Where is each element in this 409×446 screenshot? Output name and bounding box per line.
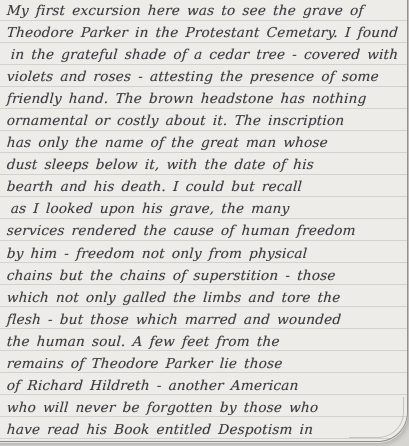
manuscript-viewport: My first excursion here was to see the g… [0, 0, 409, 446]
manuscript-line: as I looked upon his grave, the many [6, 198, 395, 220]
manuscript-line: have read his Book entitled Despotism in [6, 419, 395, 441]
manuscript-line: chains but the chains of superstition - … [6, 265, 395, 287]
manuscript-line: ornamental or costly about it. The inscr… [6, 110, 395, 132]
manuscript-line: has only the name of the great man whose [6, 132, 395, 154]
manuscript-line: My first excursion here was to see the g… [6, 0, 395, 22]
manuscript-line: which not only galled the limbs and tore… [6, 287, 395, 309]
manuscript-line: flesh - but those which marred and wound… [6, 309, 395, 331]
manuscript-line: of Richard Hildreth - another American [6, 375, 395, 397]
manuscript-line: violets and roses - attesting the presen… [6, 66, 395, 88]
manuscript-line: dust sleeps below it, with the date of h… [6, 154, 395, 176]
manuscript-page: My first excursion here was to see the g… [0, 0, 408, 442]
manuscript-line: by him - freedom not only from physical [6, 243, 395, 265]
manuscript-text-block: My first excursion here was to see the g… [6, 0, 393, 441]
manuscript-line: remains of Theodore Parker lie those [6, 353, 395, 375]
manuscript-line: friendly hand. The brown headstone has n… [6, 88, 395, 110]
manuscript-line: Theodore Parker in the Protestant Cemeta… [6, 22, 395, 44]
page-corner-edge [349, 397, 404, 438]
manuscript-line: in the grateful shade of a cedar tree - … [6, 44, 395, 66]
manuscript-line: the human soul. A few feet from the [6, 331, 395, 353]
manuscript-line: who will never be forgotten by those who [6, 397, 395, 419]
manuscript-line: services rendered the cause of human fre… [6, 220, 395, 242]
manuscript-line: bearth and his death. I could but recall [6, 176, 395, 198]
